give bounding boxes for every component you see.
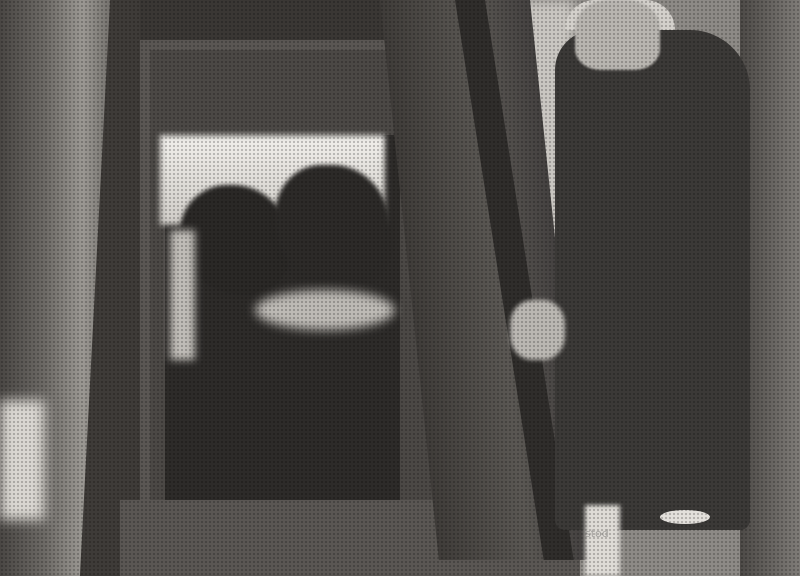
watermark: stod [585,527,609,540]
halftone-texture [0,0,800,576]
photograph: stod [0,0,800,576]
